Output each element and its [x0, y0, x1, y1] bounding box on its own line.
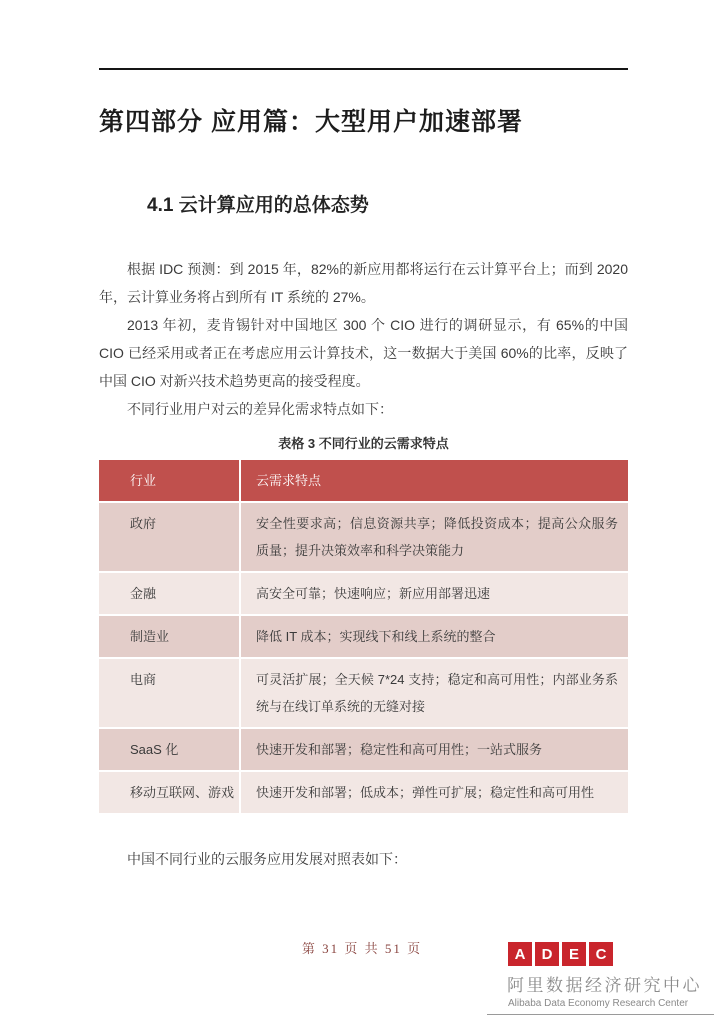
features-cell: 可灵活扩展；全天候 7*24 支持；稳定和高可用性；内部业务系统与在线订单系统的…: [241, 659, 628, 727]
table-row: 政府 安全性要求高；信息资源共享；降低投资成本；提高公众服务质量；提升决策效率和…: [99, 503, 628, 571]
adec-logo: A D E C 阿里数据经济研究中心 Alibaba Data Economy …: [487, 942, 715, 1015]
industry-cell: SaaS 化: [99, 729, 239, 770]
table-row: 移动互联网、游戏 快速开发和部署；低成本；弹性可扩展；稳定性和高可用性: [99, 772, 628, 813]
table-row: 电商 可灵活扩展；全天候 7*24 支持；稳定和高可用性；内部业务系统与在线订单…: [99, 659, 628, 727]
table-row: SaaS 化 快速开发和部署；稳定性和高可用性；一站式服务: [99, 729, 628, 770]
features-cell: 高安全可靠；快速响应；新应用部署迅速: [241, 573, 628, 614]
page-title: 第四部分 应用篇：大型用户加速部署: [99, 102, 628, 138]
paragraph: 2013 年初，麦肯锡针对中国地区 300 个 CIO 进行的调研显示，有 65…: [99, 311, 628, 395]
features-cell: 降低 IT 成本；实现线下和线上系统的整合: [241, 616, 628, 657]
table-row: 金融 高安全可靠；快速响应；新应用部署迅速: [99, 573, 628, 614]
column-header-industry: 行业: [99, 460, 239, 501]
industry-cell: 制造业: [99, 616, 239, 657]
body-paragraphs: 根据 IDC 预测：到 2015 年，82%的新应用都将运行在云计算平台上；而到…: [99, 255, 628, 423]
cloud-needs-table: 行业 云需求特点 政府 安全性要求高；信息资源共享；降低投资成本；提高公众服务质…: [99, 460, 628, 813]
logo-letter-e: E: [562, 942, 586, 966]
top-rule: [99, 68, 628, 70]
industry-cell: 电商: [99, 659, 239, 727]
industry-cell: 政府: [99, 503, 239, 571]
logo-letter-a: A: [508, 942, 532, 966]
features-cell: 快速开发和部署；稳定性和高可用性；一站式服务: [241, 729, 628, 770]
logo-name-english: Alibaba Data Economy Research Center: [508, 998, 715, 1009]
closing-paragraph: 中国不同行业的云服务应用发展对照表如下：: [99, 845, 628, 873]
table-caption: 表格 3 不同行业的云需求特点: [99, 433, 628, 452]
logo-rule: [487, 1014, 714, 1015]
paragraph: 不同行业用户对云的差异化需求特点如下：: [99, 395, 628, 423]
logo-letter-c: C: [589, 942, 613, 966]
table-row: 制造业 降低 IT 成本；实现线下和线上系统的整合: [99, 616, 628, 657]
table-header-row: 行业 云需求特点: [99, 460, 628, 501]
industry-cell: 金融: [99, 573, 239, 614]
logo-name-chinese: 阿里数据经济研究中心: [507, 971, 715, 996]
adec-logo-icon: A D E C: [508, 942, 715, 966]
logo-letter-d: D: [535, 942, 559, 966]
paragraph: 根据 IDC 预测：到 2015 年，82%的新应用都将运行在云计算平台上；而到…: [99, 255, 628, 311]
column-header-features: 云需求特点: [241, 460, 628, 501]
document-page: 第四部分 应用篇：大型用户加速部署 4.1 云计算应用的总体态势 根据 IDC …: [99, 68, 628, 873]
features-cell: 快速开发和部署；低成本；弹性可扩展；稳定性和高可用性: [241, 772, 628, 813]
features-cell: 安全性要求高；信息资源共享；降低投资成本；提高公众服务质量；提升决策效率和科学决…: [241, 503, 628, 571]
section-heading: 4.1 云计算应用的总体态势: [147, 190, 628, 217]
industry-cell: 移动互联网、游戏: [99, 772, 239, 813]
